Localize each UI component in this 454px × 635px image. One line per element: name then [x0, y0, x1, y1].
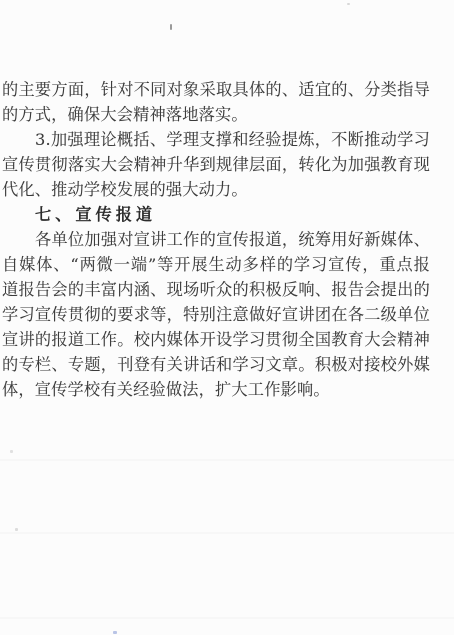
- text-line: 道报告会的丰富内涵、现场听众的积极反响、报告会提出的: [2, 277, 430, 302]
- text-line: 体，宣传学校有关经验做法，扩大工作影响。: [2, 377, 430, 402]
- text-line: 宣传贯彻落实大会精神升华到规律层面，转化为加强教育现: [2, 152, 430, 177]
- scan-speck: [15, 528, 18, 531]
- blue-ink-speck: [113, 631, 117, 634]
- text-line: 宣讲的报道工作。校内媒体开设学习贯彻全国教育大会精神: [2, 327, 430, 352]
- text-line: 学习宣传贯彻的要求等，特别注意做好宣讲团在各二级单位: [2, 302, 430, 327]
- section-heading: 七、宣传报道: [2, 202, 430, 227]
- scan-speck: [170, 24, 172, 30]
- text-line: 的方式，确保大会精神落地落实。: [2, 102, 430, 127]
- scan-speck: [347, 3, 350, 5]
- text-line: 的专栏、专题，刊登有关讲话和学习文章。积极对接校外媒: [2, 352, 430, 377]
- text-line: 代化、推动学校发展的强大动力。: [2, 177, 430, 202]
- text-line: 的主要方面，针对不同对象采取具体的、适宜的、分类指导: [2, 77, 430, 102]
- document-text: 的主要方面，针对不同对象采取具体的、适宜的、分类指导 的方式，确保大会精神落地落…: [2, 77, 430, 402]
- scan-streak: [0, 459, 454, 461]
- scan-streak: [0, 532, 454, 534]
- text-line: 3.加强理论概括、学理支撑和经验提炼，不断推动学习: [2, 127, 430, 152]
- text-line: 各单位加强对宣讲工作的宣传报道，统筹用好新媒体、: [2, 227, 430, 252]
- text-line: 自媒体、“两微一端”等开展生动多样的学习宣传，重点报: [2, 252, 430, 277]
- scan-speck: [10, 450, 13, 453]
- scan-speck: [414, 344, 416, 346]
- scan-streak: [0, 617, 454, 619]
- scanned-document-page: 的主要方面，针对不同对象采取具体的、适宜的、分类指导 的方式，确保大会精神落地落…: [0, 0, 454, 635]
